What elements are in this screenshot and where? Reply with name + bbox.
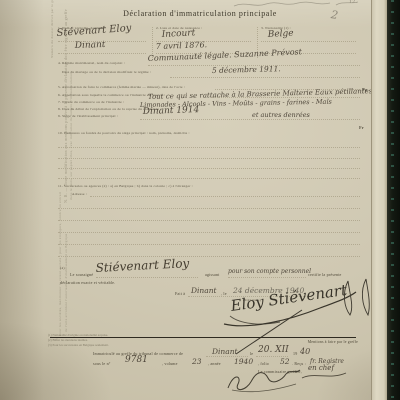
greffe-folio: 52 [280, 357, 290, 366]
greffe-annee-label: , année [208, 361, 221, 366]
page-edge-mark-1: Pa [362, 87, 367, 92]
greffe-annee: 1940 [234, 357, 253, 366]
field-3-value: Belge [267, 29, 293, 40]
greffe-underline-flourish [300, 370, 350, 382]
field-4-value-2: 5 décembre 1911. [212, 64, 281, 75]
field-9-label: 9. Siège de l'établissement principal : [58, 114, 118, 118]
page-edge-mark-2: Fr [359, 125, 364, 130]
scanned-register-page: 12. 2 Déclaration d'immatriculation prin… [0, 0, 400, 400]
declaration-lead: Le soussigné [70, 272, 93, 277]
field-10-label: 10. Demeures ou fondés de pouvoirs du si… [58, 131, 190, 135]
book-binding [387, 0, 400, 400]
declaration-note-ref: (4) [60, 266, 65, 270]
signature-hooks [340, 277, 374, 319]
greffe-day: 20. XII [258, 345, 289, 355]
fait-a-label: Fait à [175, 291, 185, 296]
greffe-le: le [250, 351, 253, 356]
field-11-sublabel: Adresse : [72, 192, 87, 196]
section-divider-rule [50, 337, 356, 338]
field-5-label: 5. Autorisation de faire le commerce (fe… [58, 85, 185, 89]
greffe-year: 40 [300, 347, 310, 356]
greffe-sous-le-n: sous le n° [93, 361, 111, 366]
greffe-volume-label: , volume [162, 361, 178, 366]
declaration-agissant: agissant [205, 272, 220, 277]
declarant-capacity: pour son compte personnel [228, 268, 311, 275]
fait-a-place: Dinant [191, 286, 217, 295]
field-9-value: Dinant 1914 [143, 105, 200, 117]
greffe-place: Dinant [212, 347, 238, 356]
field-4-label: 4. Régime matrimonial, nom du conjoint : [58, 61, 125, 65]
footnote-1: (1) Nationalité d'origine ou nationalité… [48, 333, 108, 337]
top-scrawl-text: 12. [349, 0, 357, 5]
footnote-3: (3) Pour les succursales en Belgique seu… [48, 343, 109, 347]
footnote-2: (2) Biffer les mentions inutiles. [48, 338, 88, 342]
greffe-19: 19 [293, 351, 297, 356]
declaration-certify-1: certifie la présente [308, 272, 342, 277]
greffe-number: 9781 [125, 355, 148, 365]
field-2-value-place: Incourt [161, 28, 195, 40]
greffe-header: Mentions à faire par le greffe [240, 340, 358, 344]
margin-note-top: Numéro du dossier délivré par le greffe [50, 2, 54, 58]
field-7-label: 7. Nature du commerce ou de l'industrie … [58, 100, 124, 104]
declaration-certify-2: déclaration exacte et véritable. [60, 280, 115, 285]
greffe-volume: 23 [192, 357, 202, 366]
field-9-value-2: et autres denrées [252, 111, 310, 119]
form-title: Déclaration d'immatriculation principale [60, 9, 340, 18]
greffier-signature [224, 366, 304, 396]
field-11-label: 11. Succursales ou agences (2) : a) en B… [58, 184, 193, 188]
page-edge [371, 0, 387, 400]
field-4-label-2: Date du mariage ou de la décision modifi… [62, 70, 151, 74]
